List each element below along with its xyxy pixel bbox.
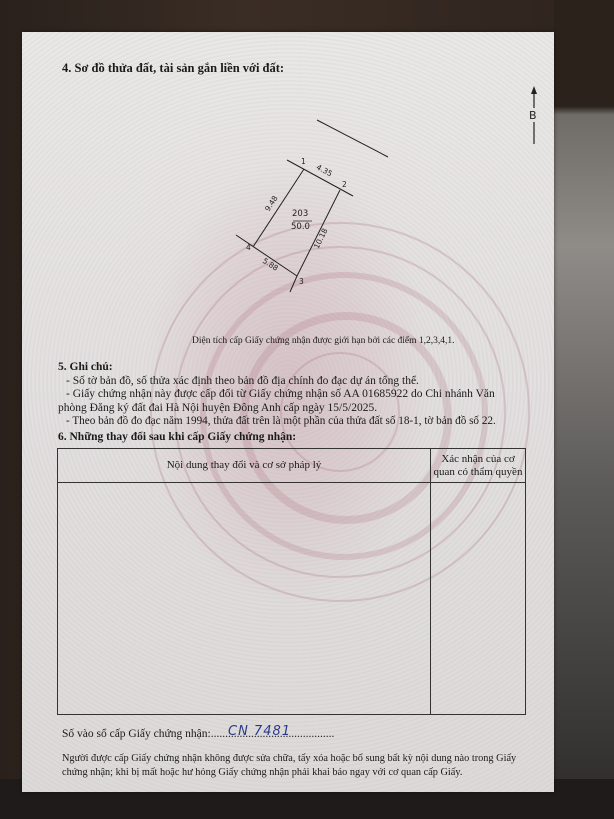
point-2-label: 2 [342, 180, 347, 189]
parcel-area: 50.0 [291, 222, 310, 232]
registry-handwritten-number: CN 7481 [228, 724, 291, 739]
section-4-heading: 4. Sơ đồ thửa đất, tài sản gắn liền với … [62, 61, 284, 76]
diagram-caption: Diện tích cấp Giấy chứng nhận được giới … [192, 336, 455, 346]
note-item: - Giấy chứng nhận này được cấp đổi từ Gi… [58, 388, 538, 402]
registry-label: Số vào sổ cấp Giấy chứng nhận: [62, 728, 211, 740]
parcel-number: 203 [292, 209, 308, 219]
section-5-heading: 5. Ghi chú: [58, 361, 538, 375]
note-item-continued: phòng Đăng ký đất đai Hà Nội huyện Đông … [58, 402, 538, 416]
registry-number-line: Số vào sổ cấp Giấy chứng nhận:..........… [62, 728, 334, 740]
column-header-authority-confirmation: Xác nhận của cơ quan có thẩm quyền [431, 449, 526, 483]
point-1-label: 1 [301, 157, 306, 166]
authority-confirmation-cell [431, 483, 526, 715]
section-6-heading: 6. Những thay đổi sau khi cấp Giấy chứng… [58, 431, 296, 443]
section-5-notes: 5. Ghi chú: - Số tờ bản đồ, số thửa xác … [58, 361, 538, 429]
north-label: B [529, 109, 537, 122]
point-4-label: 4 [246, 243, 251, 252]
background-right [554, 0, 614, 819]
changes-table: Nội dung thay đổi và cơ sở pháp lý Xác n… [57, 448, 526, 715]
column-header-change-content: Nội dung thay đổi và cơ sở pháp lý [58, 449, 431, 483]
note-item: - Theo bản đồ đo đạc năm 1994, thửa đất … [58, 415, 538, 429]
point-3-label: 3 [299, 277, 304, 286]
change-content-cell [58, 483, 431, 715]
holder-warning-text: Người được cấp Giấy chứng nhận không đượ… [62, 752, 542, 780]
note-item: - Số tờ bản đồ, số thửa xác định theo bả… [58, 375, 538, 389]
